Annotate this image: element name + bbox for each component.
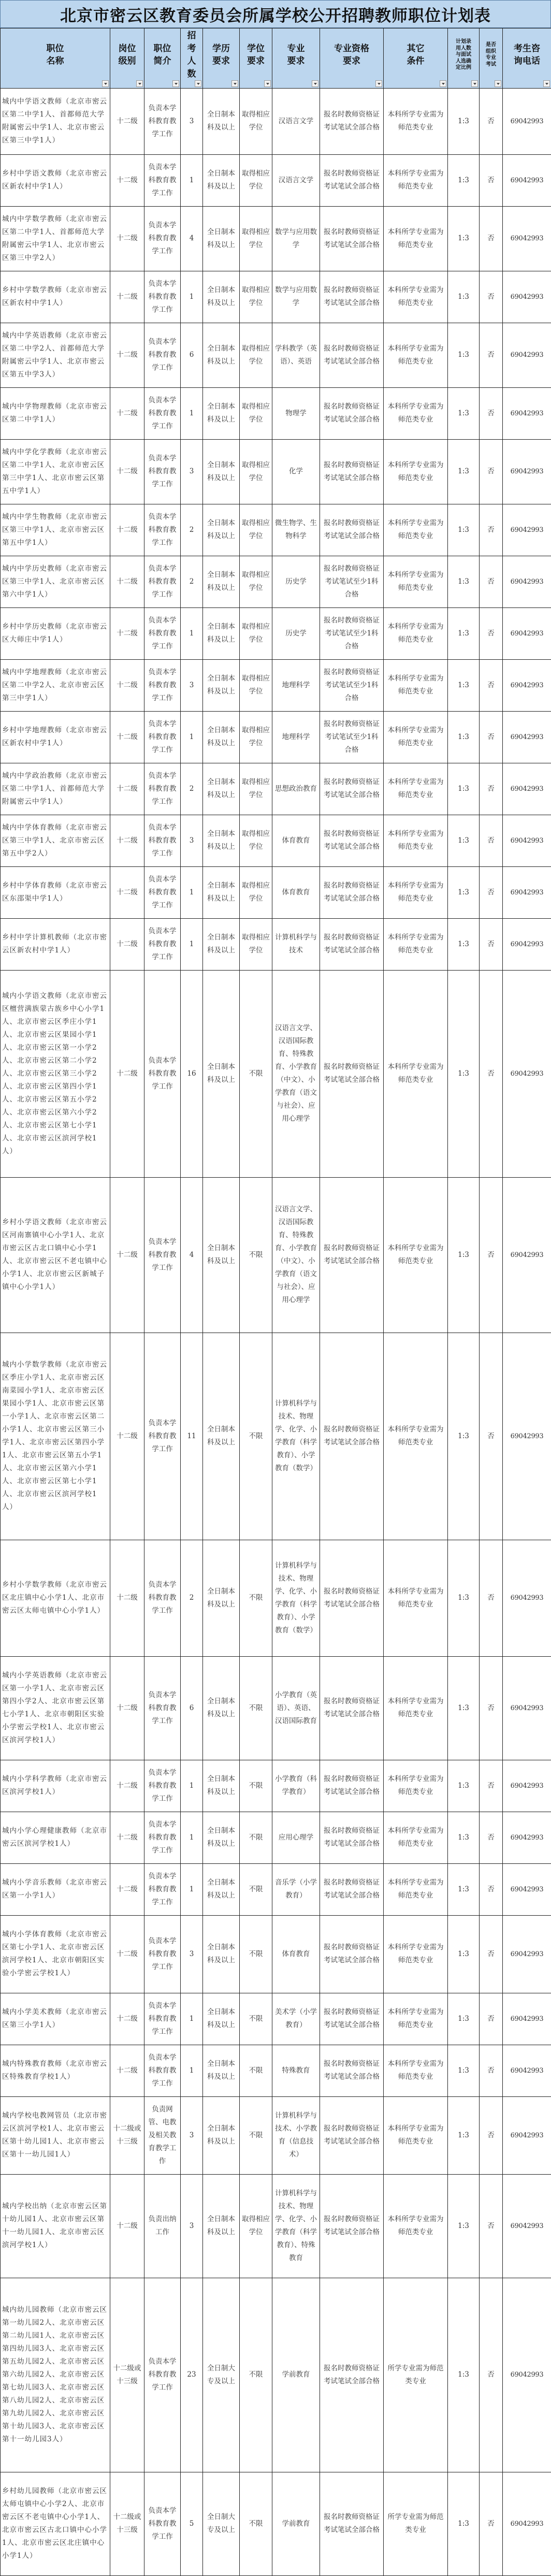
cell-count: 23 bbox=[181, 2278, 203, 2472]
cell-level: 十二级 bbox=[110, 387, 144, 439]
table-row: 城内中学化学教师（北京市密云区第二中学1人、北京市密云区第三中学1人、北京市密云… bbox=[1, 439, 551, 504]
cell-degree: 不限 bbox=[240, 1656, 272, 1760]
cell-qualification: 报名时教师资格证考试笔试全部合格 bbox=[320, 1333, 384, 1540]
cell-exam: 否 bbox=[480, 1812, 503, 1863]
cell-education: 全日制本科及以上 bbox=[203, 504, 240, 556]
table-row: 城内中学历史教师（北京市密云区第三中学1人、北京市密云区第六中学1人）十二级负责… bbox=[1, 556, 551, 607]
cell-education: 全日制本科及以上 bbox=[203, 1333, 240, 1540]
cell-other-conditions: 本科所学专业需为师范类专业 bbox=[384, 504, 448, 556]
cell-phone: 69042993 bbox=[503, 1993, 551, 2045]
cell-other-conditions: 本科所学专业需为师范类专业 bbox=[384, 206, 448, 271]
cell-ratio: 1:3 bbox=[448, 88, 480, 154]
cell-intro: 负责本学科教育教学工作 bbox=[144, 271, 181, 323]
cell-phone: 69042993 bbox=[503, 1540, 551, 1656]
cell-major: 应用心理学 bbox=[272, 1812, 320, 1863]
cell-exam: 否 bbox=[480, 815, 503, 866]
cell-phone: 69042993 bbox=[503, 711, 551, 763]
table-row: 乡村中学计算机教师（北京市密云区新农村中学1人）十二级负责本学科教育教学工作1全… bbox=[1, 918, 551, 970]
header-col-other: 其它 条件 bbox=[384, 28, 448, 89]
cell-qualification: 报名时教师资格证考试笔试全部合格 bbox=[320, 1540, 384, 1656]
cell-phone: 69042993 bbox=[503, 154, 551, 206]
cell-major: 地理科学 bbox=[272, 711, 320, 763]
cell-degree: 取得相应学位 bbox=[240, 206, 272, 271]
cell-major: 计算机科学与技术、物理学、化学、小学教育（科学教育）、小学教育（数学） bbox=[272, 1540, 320, 1656]
cell-position-name: 城内中学生物教师（北京市密云区第三中学1人、北京市密云区第五中学1人） bbox=[1, 504, 110, 556]
filter-dropdown-icon[interactable] bbox=[231, 80, 238, 87]
cell-position-name: 城内小学英语教师（北京市密云区第一小学1人、北京市密云区第四小学2人、北京市密云… bbox=[1, 1656, 110, 1760]
cell-education: 全日制本科及以上 bbox=[203, 970, 240, 1177]
filter-dropdown-icon[interactable] bbox=[543, 80, 550, 87]
cell-intro: 负责本学科教育教学工作 bbox=[144, 763, 181, 815]
header-col-education: 学历 要求 bbox=[203, 28, 240, 89]
cell-education: 全日制本科及以上 bbox=[203, 711, 240, 763]
cell-education: 全日制本科及以上 bbox=[203, 815, 240, 866]
cell-position-name: 乡村中学数学教师（北京市密云区新农村中学1人） bbox=[1, 271, 110, 323]
cell-level: 十二级 bbox=[110, 1812, 144, 1863]
cell-count: 3 bbox=[181, 88, 203, 154]
cell-other-conditions: 本科所学专业需为师范类专业 bbox=[384, 711, 448, 763]
cell-intro: 负责本学科教育教学工作 bbox=[144, 504, 181, 556]
cell-other-conditions: 本科所学专业需为师范类专业 bbox=[384, 866, 448, 918]
cell-count: 1 bbox=[181, 2045, 203, 2096]
cell-education: 全日制大专及以上 bbox=[203, 2278, 240, 2472]
cell-level: 十二级 bbox=[110, 1540, 144, 1656]
cell-phone: 69042993 bbox=[503, 1812, 551, 1863]
header-label: 其它 条件 bbox=[407, 42, 425, 68]
cell-intro: 负责本学科教育教学工作 bbox=[144, 1863, 181, 1915]
filter-dropdown-icon[interactable] bbox=[264, 80, 271, 87]
table-row: 乡村中学地理教师（北京市密云区新农村中学1人）十二级负责本学科教育教学工作1全日… bbox=[1, 711, 551, 763]
cell-major: 历史学 bbox=[272, 607, 320, 659]
cell-exam: 否 bbox=[480, 271, 503, 323]
header-label: 职位 名称 bbox=[47, 42, 64, 68]
cell-degree: 不限 bbox=[240, 1812, 272, 1863]
filter-dropdown-icon[interactable] bbox=[172, 80, 179, 87]
cell-count: 3 bbox=[181, 2096, 203, 2174]
cell-degree: 取得相应学位 bbox=[240, 659, 272, 711]
cell-exam: 否 bbox=[480, 2045, 503, 2096]
table-row: 城内中学体育教师（北京市密云区第三中学1人、北京市密云区第五中学2人）十二级负责… bbox=[1, 815, 551, 866]
cell-level: 十二级 bbox=[110, 607, 144, 659]
cell-intro: 负责本学科教育教学工作 bbox=[144, 323, 181, 387]
cell-phone: 69042993 bbox=[503, 1333, 551, 1540]
table-row: 城内中学生物教师（北京市密云区第三中学1人、北京市密云区第五中学1人）十二级负责… bbox=[1, 504, 551, 556]
cell-ratio: 1:3 bbox=[448, 206, 480, 271]
cell-education: 全日制本科及以上 bbox=[203, 2045, 240, 2096]
cell-qualification: 报名时教师资格证考试笔试全部合格 bbox=[320, 866, 384, 918]
cell-intro: 负责本学科教育教学工作 bbox=[144, 2045, 181, 2096]
header-label: 专业 要求 bbox=[287, 42, 305, 68]
cell-ratio: 1:3 bbox=[448, 815, 480, 866]
cell-count: 1 bbox=[181, 607, 203, 659]
cell-exam: 否 bbox=[480, 970, 503, 1177]
filter-dropdown-icon[interactable] bbox=[495, 80, 501, 87]
cell-major: 汉语言文学、汉语国际教育、特殊教育、小学教育（中文）、小学教育（语文与社会）、应… bbox=[272, 970, 320, 1177]
cell-education: 全日制本科及以上 bbox=[203, 1812, 240, 1863]
cell-level: 十二级 bbox=[110, 1760, 144, 1812]
cell-position-name: 乡村中学计算机教师（北京市密云区新农村中学1人） bbox=[1, 918, 110, 970]
cell-position-name: 乡村小学语文教师（北京市密云区河南寨镇中心小学1人、北京市密云区古北口镇中心小学… bbox=[1, 1177, 110, 1333]
cell-exam: 否 bbox=[480, 659, 503, 711]
cell-count: 1 bbox=[181, 1812, 203, 1863]
cell-phone: 69042993 bbox=[503, 439, 551, 504]
cell-other-conditions: 所学专业需为师范类专业 bbox=[384, 2472, 448, 2575]
cell-position-name: 城内小学科学教师（北京市密云区滨河学校1人） bbox=[1, 1760, 110, 1812]
cell-position-name: 城内小学语文教师（北京市密云区檀营满族蒙古族乡中心小学1人、北京市密云区季庄小学… bbox=[1, 970, 110, 1177]
cell-ratio: 1:3 bbox=[448, 1863, 480, 1915]
cell-position-name: 乡村中学历史教师（北京市密云区大师庄中学1人） bbox=[1, 607, 110, 659]
cell-education: 全日制本科及以上 bbox=[203, 1863, 240, 1915]
cell-education: 全日制本科及以上 bbox=[203, 439, 240, 504]
cell-degree: 取得相应学位 bbox=[240, 918, 272, 970]
cell-intro: 负责出纳工作 bbox=[144, 2174, 181, 2278]
cell-level: 十二级 bbox=[110, 815, 144, 866]
header-col-degree: 学位 要求 bbox=[240, 28, 272, 89]
cell-major: 历史学 bbox=[272, 556, 320, 607]
cell-count: 1 bbox=[181, 1993, 203, 2045]
cell-position-name: 城内中学地理教师（北京市密云区第二中学2人、北京市密云区第三中学1人） bbox=[1, 659, 110, 711]
cell-major: 小学教育（英语）、英语、汉语国际教育 bbox=[272, 1656, 320, 1760]
cell-education: 全日制本科及以上 bbox=[203, 1177, 240, 1333]
cell-exam: 否 bbox=[480, 1863, 503, 1915]
cell-ratio: 1:3 bbox=[448, 2045, 480, 2096]
cell-exam: 否 bbox=[480, 1177, 503, 1333]
filter-dropdown-icon[interactable] bbox=[375, 80, 382, 87]
header-col-major: 专业 要求 bbox=[272, 28, 320, 89]
cell-education: 全日制本科及以上 bbox=[203, 556, 240, 607]
cell-intro: 负责本学科教育教学工作 bbox=[144, 2278, 181, 2472]
cell-qualification: 报名时教师资格证考试笔试全部合格 bbox=[320, 2174, 384, 2278]
cell-level: 十二级 bbox=[110, 323, 144, 387]
cell-qualification: 报名时教师资格证考试笔试全部合格 bbox=[320, 206, 384, 271]
filter-dropdown-icon[interactable] bbox=[440, 80, 446, 87]
cell-intro: 负责本学科教育教学工作 bbox=[144, 659, 181, 711]
cell-count: 2 bbox=[181, 763, 203, 815]
cell-count: 1 bbox=[181, 1760, 203, 1812]
cell-education: 全日制本科及以上 bbox=[203, 659, 240, 711]
cell-exam: 否 bbox=[480, 154, 503, 206]
cell-degree: 取得相应学位 bbox=[240, 504, 272, 556]
cell-position-name: 城内特殊教育教师（北京市密云区特殊教育学校1人） bbox=[1, 2045, 110, 2096]
table-row: 城内小学音乐教师（北京市密云区第一小学1人）十二级负责本学科教育教学工作1全日制… bbox=[1, 1863, 551, 1915]
header-col-count: 招 考 人 数 bbox=[181, 28, 203, 89]
cell-ratio: 1:3 bbox=[448, 2096, 480, 2174]
cell-degree: 取得相应学位 bbox=[240, 711, 272, 763]
cell-count: 2 bbox=[181, 1540, 203, 1656]
cell-other-conditions: 本科所学专业需为师范类专业 bbox=[384, 2045, 448, 2096]
cell-major: 汉语言文学、汉语国际教育、特殊教育、小学教育（中文）、小学教育（语文与社会）、应… bbox=[272, 1177, 320, 1333]
cell-qualification: 报名时教师资格证考试笔试全部合格 bbox=[320, 88, 384, 154]
cell-intro: 负责本学科教育教学工作 bbox=[144, 2472, 181, 2575]
cell-qualification: 报名时教师资格证考试笔试全部合格 bbox=[320, 504, 384, 556]
cell-phone: 69042993 bbox=[503, 1915, 551, 1993]
cell-qualification: 报名时教师资格证考试笔试全部合格 bbox=[320, 2278, 384, 2472]
cell-ratio: 1:3 bbox=[448, 1812, 480, 1863]
header-label: 岗位 级别 bbox=[119, 42, 136, 68]
cell-level: 十二级 bbox=[110, 970, 144, 1177]
cell-education: 全日制本科及以上 bbox=[203, 323, 240, 387]
cell-degree: 不限 bbox=[240, 1760, 272, 1812]
cell-major: 汉语言文学 bbox=[272, 88, 320, 154]
cell-major: 化学 bbox=[272, 439, 320, 504]
cell-intro: 负责本学科教育教学工作 bbox=[144, 711, 181, 763]
cell-exam: 否 bbox=[480, 607, 503, 659]
cell-exam: 否 bbox=[480, 439, 503, 504]
table-body: 城内中学语文教师（北京市密云区第二中学1人、首都师范大学附属密云中学1人、北京市… bbox=[1, 88, 551, 2575]
table-row: 城内小学语文教师（北京市密云区檀营满族蒙古族乡中心小学1人、北京市密云区季庄小学… bbox=[1, 970, 551, 1177]
cell-degree: 取得相应学位 bbox=[240, 2174, 272, 2278]
cell-education: 全日制本科及以上 bbox=[203, 1656, 240, 1760]
cell-count: 3 bbox=[181, 659, 203, 711]
cell-intro: 负责本学科教育教学工作 bbox=[144, 970, 181, 1177]
filter-dropdown-icon[interactable] bbox=[471, 80, 478, 87]
cell-position-name: 城内中学英语教师（北京市密云区第二中学2人、首都师范大学附属密云中学1人、北京市… bbox=[1, 323, 110, 387]
cell-count: 1 bbox=[181, 1863, 203, 1915]
cell-position-name: 乡村幼儿园教师（北京市密云区太师屯镇中心小学2人、北京市密云区不老屯镇中心小学1… bbox=[1, 2472, 110, 2575]
cell-major: 微生物学、生物科学 bbox=[272, 504, 320, 556]
cell-ratio: 1:3 bbox=[448, 154, 480, 206]
cell-ratio: 1:3 bbox=[448, 1333, 480, 1540]
cell-phone: 69042993 bbox=[503, 2174, 551, 2278]
cell-degree: 取得相应学位 bbox=[240, 439, 272, 504]
cell-count: 4 bbox=[181, 206, 203, 271]
cell-exam: 否 bbox=[480, 1656, 503, 1760]
cell-phone: 69042993 bbox=[503, 387, 551, 439]
cell-level: 十二级 bbox=[110, 1656, 144, 1760]
cell-phone: 69042993 bbox=[503, 2278, 551, 2472]
header-label: 考生咨 询电话 bbox=[514, 42, 540, 68]
table-row: 城内中学地理教师（北京市密云区第二中学2人、北京市密云区第三中学1人）十二级负责… bbox=[1, 659, 551, 711]
cell-degree: 取得相应学位 bbox=[240, 763, 272, 815]
cell-other-conditions: 本科所学专业需为师范类专业 bbox=[384, 154, 448, 206]
cell-phone: 69042993 bbox=[503, 1656, 551, 1760]
table-row: 城内中学英语教师（北京市密云区第二中学2人、首都师范大学附属密云中学1人、北京市… bbox=[1, 323, 551, 387]
cell-position-name: 城内小学心理健康教师（北京市密云区滨河学校1人） bbox=[1, 1812, 110, 1863]
cell-major: 音乐学（小学教育） bbox=[272, 1863, 320, 1915]
cell-exam: 否 bbox=[480, 918, 503, 970]
cell-intro: 负责本学科教育教学工作 bbox=[144, 439, 181, 504]
cell-position-name: 城内学校出纳（北京市密云区第十幼儿园1人、北京市密云区第十一幼儿园1人、北京市密… bbox=[1, 2174, 110, 2278]
cell-position-name: 城内中学历史教师（北京市密云区第三中学1人、北京市密云区第六中学1人） bbox=[1, 556, 110, 607]
cell-ratio: 1:3 bbox=[448, 2278, 480, 2472]
cell-education: 全日制本科及以上 bbox=[203, 1540, 240, 1656]
cell-level: 十二级 bbox=[110, 2045, 144, 2096]
table-row: 乡村小学语文教师（北京市密云区河南寨镇中心小学1人、北京市密云区古北口镇中心小学… bbox=[1, 1177, 551, 1333]
cell-position-name: 城内中学物理教师（北京市密云区第二中学1人） bbox=[1, 387, 110, 439]
header-label: 是否 组织 专业 考试 bbox=[486, 42, 496, 68]
cell-count: 2 bbox=[181, 556, 203, 607]
cell-position-name: 城内小学体育教师（北京市密云区第七小学1人、北京市密云区滨河学校1人、北京市朝阳… bbox=[1, 1915, 110, 1993]
cell-level: 十二级 bbox=[110, 1333, 144, 1540]
cell-ratio: 1:3 bbox=[448, 2472, 480, 2575]
cell-exam: 否 bbox=[480, 1540, 503, 1656]
cell-intro: 负责本学科教育教学工作 bbox=[144, 1760, 181, 1812]
cell-ratio: 1:3 bbox=[448, 659, 480, 711]
cell-count: 2 bbox=[181, 504, 203, 556]
cell-ratio: 1:3 bbox=[448, 1177, 480, 1333]
cell-degree: 不限 bbox=[240, 2472, 272, 2575]
cell-exam: 否 bbox=[480, 387, 503, 439]
cell-ratio: 1:3 bbox=[448, 763, 480, 815]
header-col-intro: 职位 简介 bbox=[144, 28, 181, 89]
cell-intro: 负责本学科教育教学工作 bbox=[144, 154, 181, 206]
cell-major: 数学与应用数学 bbox=[272, 271, 320, 323]
filter-dropdown-icon[interactable] bbox=[136, 80, 143, 87]
cell-qualification: 报名时教师资格证考试笔试至少1科合格 bbox=[320, 556, 384, 607]
cell-count: 11 bbox=[181, 1333, 203, 1540]
cell-other-conditions: 本科所学专业需为师范类专业 bbox=[384, 1540, 448, 1656]
cell-other-conditions: 所学专业需为师范类专业 bbox=[384, 2278, 448, 2472]
cell-exam: 否 bbox=[480, 323, 503, 387]
cell-qualification: 报名时教师资格证考试笔试全部合格 bbox=[320, 1656, 384, 1760]
cell-phone: 69042993 bbox=[503, 271, 551, 323]
cell-ratio: 1:3 bbox=[448, 556, 480, 607]
cell-exam: 否 bbox=[480, 2174, 503, 2278]
cell-position-name: 乡村中学语文教师（北京市密云区新农村中学1人） bbox=[1, 154, 110, 206]
cell-intro: 负责本学科教育教学工作 bbox=[144, 1177, 181, 1333]
cell-intro: 负责本学科教育教学工作 bbox=[144, 387, 181, 439]
cell-major: 汉语言文学 bbox=[272, 154, 320, 206]
cell-phone: 69042993 bbox=[503, 556, 551, 607]
table-row: 城内中学语文教师（北京市密云区第二中学1人、首都师范大学附属密云中学1人、北京市… bbox=[1, 88, 551, 154]
cell-count: 6 bbox=[181, 323, 203, 387]
cell-other-conditions: 本科所学专业需为师范类专业 bbox=[384, 1993, 448, 2045]
cell-degree: 不限 bbox=[240, 2096, 272, 2174]
cell-qualification: 报名时教师资格证考试笔试全部合格 bbox=[320, 763, 384, 815]
cell-other-conditions: 本科所学专业需为师范类专业 bbox=[384, 271, 448, 323]
cell-level: 十二级 bbox=[110, 1915, 144, 1993]
cell-other-conditions: 本科所学专业需为师范类专业 bbox=[384, 607, 448, 659]
header-label: 专业资格 要求 bbox=[334, 42, 369, 68]
cell-ratio: 1:3 bbox=[448, 439, 480, 504]
cell-ratio: 1:3 bbox=[448, 918, 480, 970]
cell-other-conditions: 本科所学专业需为师范类专业 bbox=[384, 918, 448, 970]
cell-degree: 不限 bbox=[240, 2278, 272, 2472]
cell-position-name: 城内小学美术教师（北京市密云区第三小学1人） bbox=[1, 1993, 110, 2045]
cell-qualification: 报名时教师资格证考试笔试全部合格 bbox=[320, 2096, 384, 2174]
cell-level: 十二级 bbox=[110, 1993, 144, 2045]
cell-qualification: 报名时教师资格证考试笔试全部合格 bbox=[320, 1760, 384, 1812]
cell-level: 十二级 bbox=[110, 1177, 144, 1333]
cell-education: 全日制大专及以上 bbox=[203, 2472, 240, 2575]
cell-intro: 负责本学科教育教学工作 bbox=[144, 1656, 181, 1760]
cell-degree: 不限 bbox=[240, 2045, 272, 2096]
cell-position-name: 乡村中学体育教师（北京市密云区东邵渠中学1人） bbox=[1, 866, 110, 918]
cell-education: 全日制本科及以上 bbox=[203, 2174, 240, 2278]
header-row: 职位 名称岗位 级别职位 简介招 考 人 数学历 要求学位 要求专业 要求专业资… bbox=[1, 28, 551, 89]
cell-education: 全日制本科及以上 bbox=[203, 763, 240, 815]
cell-count: 6 bbox=[181, 1656, 203, 1760]
cell-ratio: 1:3 bbox=[448, 711, 480, 763]
cell-intro: 负责本学科教育教学工作 bbox=[144, 607, 181, 659]
cell-phone: 69042993 bbox=[503, 323, 551, 387]
cell-level: 十二级 bbox=[110, 763, 144, 815]
cell-exam: 否 bbox=[480, 2096, 503, 2174]
cell-degree: 取得相应学位 bbox=[240, 815, 272, 866]
cell-qualification: 报名时教师资格证考试笔试全部合格 bbox=[320, 2045, 384, 2096]
cell-level: 十二级 bbox=[110, 88, 144, 154]
cell-intro: 负责本学科教育教学工作 bbox=[144, 1915, 181, 1993]
cell-level: 十二级 bbox=[110, 154, 144, 206]
cell-count: 1 bbox=[181, 866, 203, 918]
cell-ratio: 1:3 bbox=[448, 1656, 480, 1760]
cell-other-conditions: 本科所学专业需为师范类专业 bbox=[384, 1760, 448, 1812]
filter-dropdown-icon[interactable] bbox=[195, 80, 201, 87]
cell-major: 地理科学 bbox=[272, 659, 320, 711]
cell-other-conditions: 本科所学专业需为师范类专业 bbox=[384, 556, 448, 607]
cell-ratio: 1:3 bbox=[448, 1993, 480, 2045]
cell-qualification: 报名时教师资格证考试笔试全部合格 bbox=[320, 1915, 384, 1993]
cell-other-conditions: 本科所学专业需为师范类专业 bbox=[384, 1333, 448, 1540]
cell-other-conditions: 本科所学专业需为师范类专业 bbox=[384, 659, 448, 711]
table-row: 乡村中学体育教师（北京市密云区东邵渠中学1人）十二级负责本学科教育教学工作1全日… bbox=[1, 866, 551, 918]
cell-position-name: 城内小学数学教师（北京市密云区季庄小学1人、北京市密云区南菜园小学1人、北京市密… bbox=[1, 1333, 110, 1540]
filter-dropdown-icon[interactable] bbox=[312, 80, 318, 87]
cell-qualification: 报名时教师资格证考试笔试全部合格 bbox=[320, 1812, 384, 1863]
cell-phone: 69042993 bbox=[503, 866, 551, 918]
cell-qualification: 报名时教师资格证考试笔试全部合格 bbox=[320, 918, 384, 970]
cell-exam: 否 bbox=[480, 2472, 503, 2575]
cell-qualification: 报名时教师资格证考试笔试全部合格 bbox=[320, 323, 384, 387]
cell-level: 十二级 bbox=[110, 206, 144, 271]
cell-count: 3 bbox=[181, 2174, 203, 2278]
cell-ratio: 1:3 bbox=[448, 1760, 480, 1812]
cell-degree: 不限 bbox=[240, 1177, 272, 1333]
cell-level: 十二级 bbox=[110, 918, 144, 970]
cell-education: 全日制本科及以上 bbox=[203, 206, 240, 271]
cell-intro: 负责本学科教育教学工作 bbox=[144, 918, 181, 970]
cell-count: 3 bbox=[181, 815, 203, 866]
cell-intro: 负责本学科教育教学工作 bbox=[144, 556, 181, 607]
header-col-level: 岗位 级别 bbox=[110, 28, 144, 89]
sheet-title: 北京市密云区教育委员会所属学校公开招聘教师职位计划表 bbox=[0, 0, 551, 28]
cell-qualification: 报名时教师资格证考试笔试全部合格 bbox=[320, 970, 384, 1177]
table-row: 城内学校电教网管员（北京市密云区滨河学校1人、北京市密云区第十幼儿园1人、北京市… bbox=[1, 2096, 551, 2174]
cell-phone: 69042993 bbox=[503, 918, 551, 970]
cell-education: 全日制本科及以上 bbox=[203, 154, 240, 206]
cell-major: 计算机科学与技术、物理学、化学、小学教育（科学教育）、小学教育（数学） bbox=[272, 1333, 320, 1540]
cell-major: 特殊教育 bbox=[272, 2045, 320, 2096]
cell-major: 体育教育 bbox=[272, 815, 320, 866]
cell-count: 16 bbox=[181, 970, 203, 1177]
table-row: 城内中学数学教师（北京市密云区第二中学1人、首都师范大学附属密云中学1人、北京市… bbox=[1, 206, 551, 271]
cell-level: 十二级 bbox=[110, 866, 144, 918]
cell-education: 全日制本科及以上 bbox=[203, 88, 240, 154]
cell-qualification: 报名时教师资格证考试笔试全部合格 bbox=[320, 439, 384, 504]
cell-ratio: 1:3 bbox=[448, 1540, 480, 1656]
cell-other-conditions: 本科所学专业需为师范类专业 bbox=[384, 1177, 448, 1333]
cell-phone: 69042993 bbox=[503, 1863, 551, 1915]
cell-degree: 不限 bbox=[240, 970, 272, 1177]
cell-degree: 不限 bbox=[240, 1863, 272, 1915]
cell-position-name: 城内幼儿园教师（北京市密云区第一幼儿园2人、北京市密云区第二幼儿园1人、北京市密… bbox=[1, 2278, 110, 2472]
cell-exam: 否 bbox=[480, 711, 503, 763]
cell-other-conditions: 本科所学专业需为师范类专业 bbox=[384, 2174, 448, 2278]
cell-phone: 69042993 bbox=[503, 206, 551, 271]
cell-exam: 否 bbox=[480, 763, 503, 815]
cell-major: 学前教育 bbox=[272, 2472, 320, 2575]
filter-dropdown-icon[interactable] bbox=[102, 80, 109, 87]
cell-qualification: 报名时教师资格证考试笔试全部合格 bbox=[320, 154, 384, 206]
cell-count: 1 bbox=[181, 154, 203, 206]
cell-phone: 69042993 bbox=[503, 815, 551, 866]
table-row: 城内特殊教育教师（北京市密云区特殊教育学校1人）十二级负责本学科教育教学工作1全… bbox=[1, 2045, 551, 2096]
cell-count: 5 bbox=[181, 2472, 203, 2575]
cell-degree: 不限 bbox=[240, 1333, 272, 1540]
header-label: 职位 简介 bbox=[154, 42, 171, 68]
cell-degree: 取得相应学位 bbox=[240, 607, 272, 659]
cell-ratio: 1:3 bbox=[448, 970, 480, 1177]
